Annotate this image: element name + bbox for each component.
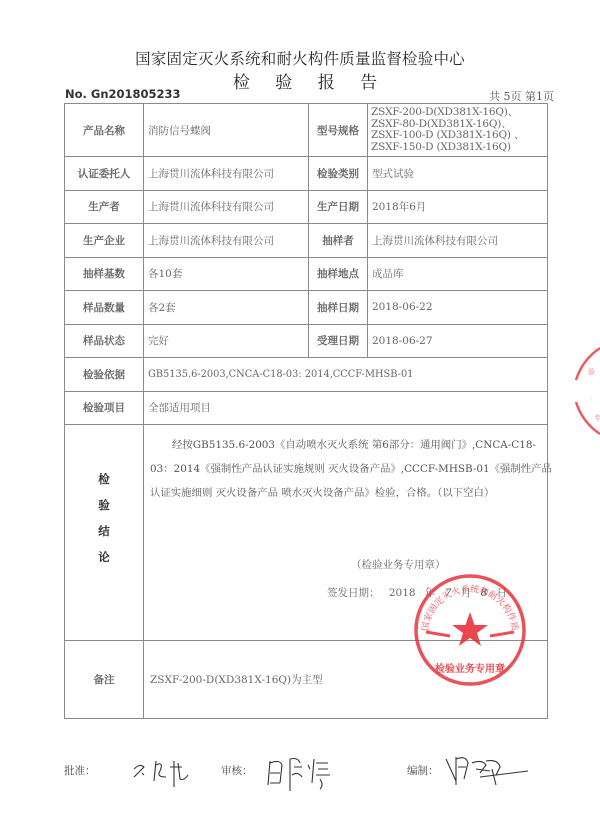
row-inspection-items: 检验项目 全部适用项目 <box>65 391 548 425</box>
label-inspection-items: 检验项目 <box>65 391 144 425</box>
label-client: 认证委托人 <box>65 157 144 191</box>
row-sample-condition: 样品状态 完好 受理日期 2018-06-27 <box>65 324 548 358</box>
value-client: 上海贯川流体科技有限公司 <box>144 157 309 191</box>
label-model-spec: 型号规格 <box>309 104 368 157</box>
seal-note: （检验业务专用章） <box>351 557 446 572</box>
label-sampling-date: 抽样日期 <box>309 291 368 325</box>
svg-text:·: · <box>590 395 592 402</box>
label-production-date: 生产日期 <box>309 190 368 224</box>
label-sampling-base: 抽样基数 <box>65 257 144 291</box>
row-client: 认证委托人 上海贯川流体科技有限公司 检验类别 型式试验 <box>65 157 548 191</box>
row-sample-quantity: 样品数量 各2套 抽样日期 2018-06-22 <box>65 291 548 325</box>
value-sampler: 上海贯川流体科技有限公司 <box>368 224 548 258</box>
value-acceptance-date: 2018-06-27 <box>368 324 548 358</box>
label-sample-quantity: 样品数量 <box>65 291 144 325</box>
label-sampler: 抽样者 <box>309 224 368 258</box>
official-seal-stamp: 国家固定灭火系统和耐火构件质量监督检验中心 检验业务专用章 <box>412 572 528 688</box>
compile-label: 编制： <box>407 763 439 778</box>
value-sample-quantity: 各2套 <box>144 291 309 325</box>
label-acceptance-date: 受理日期 <box>309 324 368 358</box>
signatures: 批准： 审核： 编制： <box>64 757 554 797</box>
value-model-spec: ZSXF-200-D(XD381X-16Q)、ZSXF-80-D(XD381X-… <box>368 104 548 157</box>
review-label: 审核： <box>221 763 253 778</box>
conclusion-label-char: 检 <box>98 471 110 487</box>
value-production-date: 2018年6月 <box>368 190 548 224</box>
conclusion-label-char: 结 <box>98 523 110 539</box>
value-product-name: 消防信号蝶阀 <box>144 104 309 157</box>
conclusion-label-char: 论 <box>98 549 110 565</box>
value-sampling-date: 2018-06-22 <box>368 291 548 325</box>
value-manufacturer: 上海贯川流体科技有限公司 <box>144 224 309 258</box>
row-inspection-basis: 检验依据 GB5135.6-2003,CNCA-C18-03: 2014,CCC… <box>65 358 548 392</box>
label-inspection-type: 检验类别 <box>309 157 368 191</box>
conclusion-text: 经按GB5135.6-2003《自动喷水灭火系统 第6部分：通用阀门》,CNCA… <box>150 433 558 505</box>
stamp-bottom-text: 检验业务专用章 <box>435 662 505 675</box>
reviewer-signature <box>262 749 352 795</box>
label-conclusion: 检 验 结 论 <box>65 425 144 641</box>
compiler-signature <box>442 749 542 795</box>
approver-signature <box>130 751 210 791</box>
report-number: No. Gn201805233 <box>65 87 181 101</box>
value-sample-condition: 完好 <box>144 324 309 358</box>
organization-title: 国家固定灭火系统和耐火构件质量监督检验中心 <box>0 47 600 69</box>
issue-date-label: 签发日期： <box>327 587 380 599</box>
label-sample-condition: 样品状态 <box>65 324 144 358</box>
label-manufacturer: 生产企业 <box>65 224 144 258</box>
row-sampling-base: 抽样基数 各10套 抽样地点 成品库 <box>65 257 548 291</box>
label-inspection-basis: 检验依据 <box>65 358 144 392</box>
svg-text:验: 验 <box>588 367 595 376</box>
conclusion-label-char: 验 <box>98 497 110 513</box>
label-sampling-location: 抽样地点 <box>309 257 368 291</box>
label-product-name: 产品名称 <box>65 104 144 157</box>
row-manufacturer: 生产企业 上海贯川流体科技有限公司 抽样者 上海贯川流体科技有限公司 <box>65 224 548 258</box>
svg-text:专: 专 <box>594 413 600 422</box>
row-producer: 生产者 上海贯川流体科技有限公司 生产日期 2018年6月 <box>65 190 548 224</box>
page-info: 共 5页 第1页 <box>489 88 554 104</box>
value-inspection-type: 型式试验 <box>368 157 548 191</box>
label-producer: 生产者 <box>65 190 144 224</box>
value-sampling-base: 各10套 <box>144 257 309 291</box>
row-product: 产品名称 消防信号蝶阀 型号规格 ZSXF-200-D(XD381X-16Q)、… <box>65 104 548 157</box>
edge-seal-stamp: 验 · 专 <box>570 340 600 440</box>
value-producer: 上海贯川流体科技有限公司 <box>144 190 309 224</box>
value-inspection-basis: GB5135.6-2003,CNCA-C18-03: 2014,CCCF-MHS… <box>144 358 548 392</box>
value-sampling-location: 成品库 <box>368 257 548 291</box>
approve-label: 批准： <box>64 763 96 778</box>
value-inspection-items: 全部适用项目 <box>144 391 548 425</box>
label-remarks: 备注 <box>65 641 144 719</box>
